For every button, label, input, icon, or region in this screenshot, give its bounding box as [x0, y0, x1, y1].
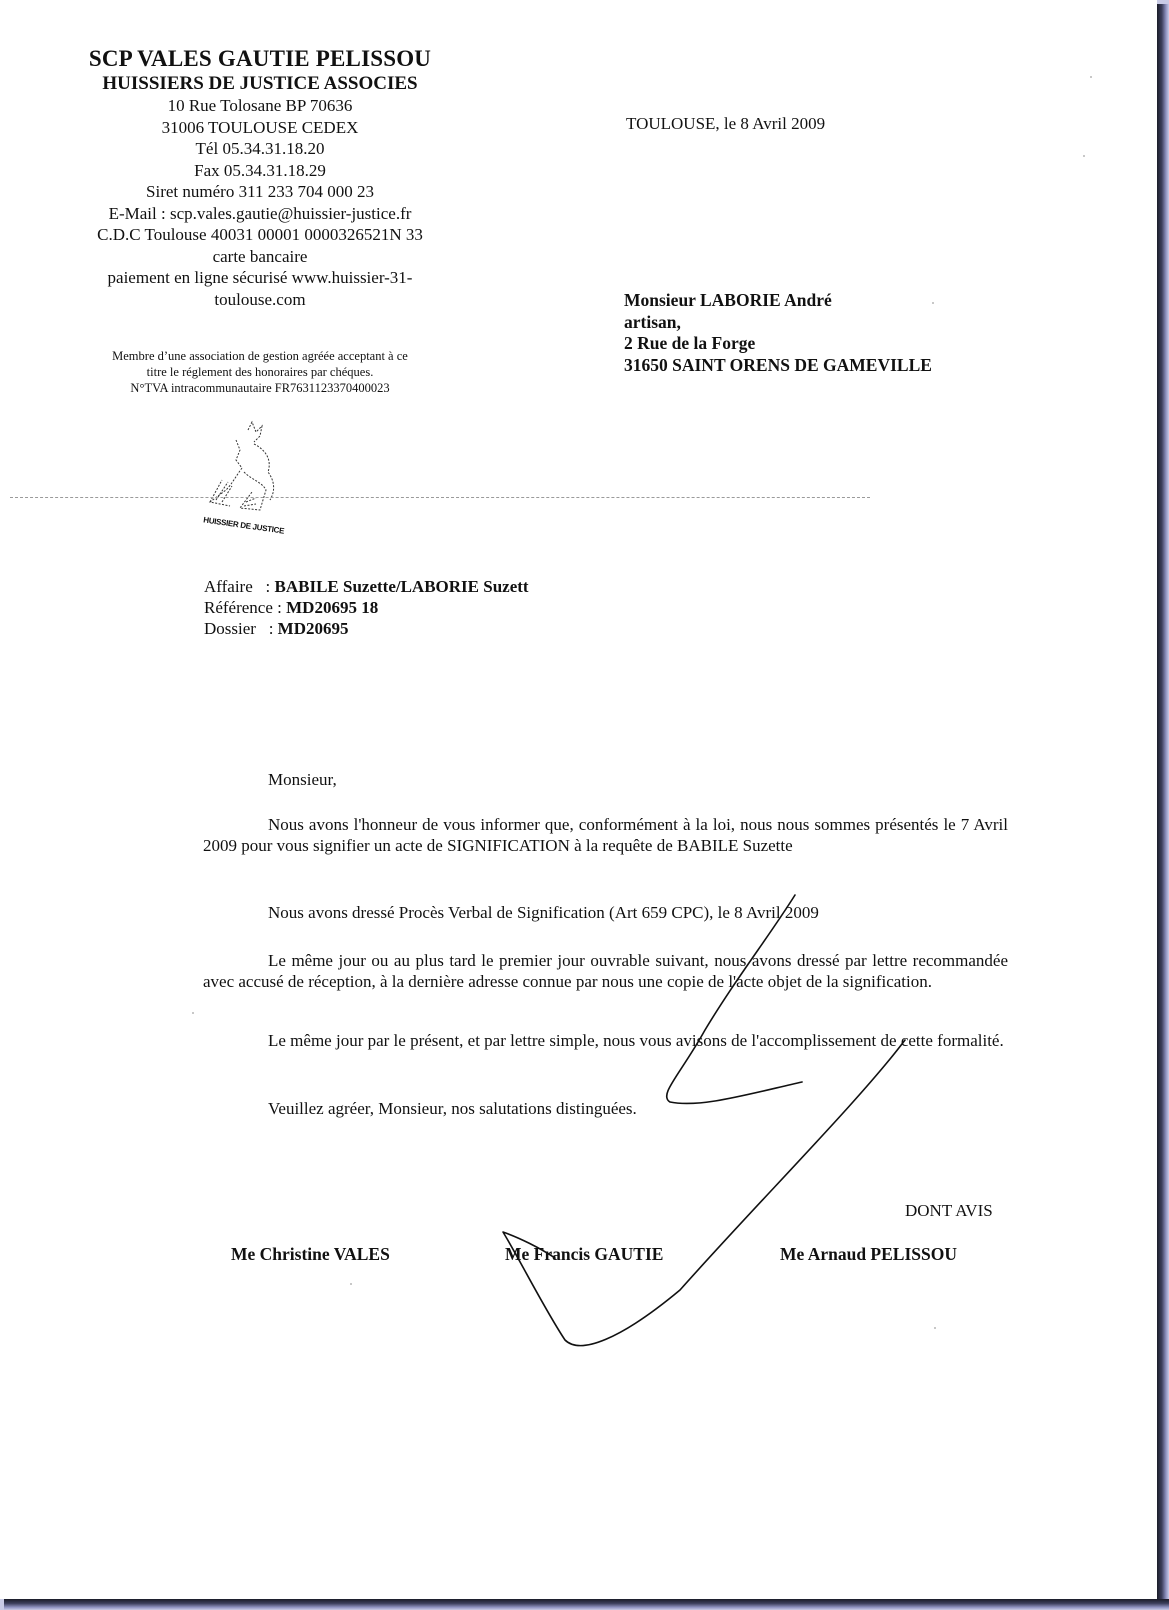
affaire-label: Affaire : [204, 576, 275, 597]
page-shadow-bottom [4, 1599, 1169, 1610]
firm-name: SCP VALES GAUTIE PELISSOU [60, 46, 460, 72]
membership-line: titre le réglement des honoraires par ch… [60, 364, 460, 380]
dossier-value: MD20695 [278, 619, 349, 638]
case-details: Affaire : BABILE Suzette/LABORIE Suzett … [204, 576, 529, 639]
firm-subtitle: HUISSIERS DE JUSTICE ASSOCIES [60, 72, 460, 95]
case-reference-row: Référence : MD20695 18 [204, 597, 529, 618]
recipient-city: 31650 SAINT ORENS DE GAMEVILLE [624, 355, 932, 377]
recipient-address: Monsieur LABORIE André artisan, 2 Rue de… [624, 290, 932, 376]
dossier-label: Dossier : [204, 618, 278, 639]
page-shadow-right [1157, 4, 1169, 1610]
closing-formula: Veuillez agréer, Monsieur, nos salutatio… [203, 1098, 1008, 1119]
firm-email: E-Mail : scp.vales.gautie@huissier-justi… [60, 203, 460, 225]
recipient-profession: artisan, [624, 312, 932, 334]
firm-city-line: 31006 TOULOUSE CEDEX [60, 117, 460, 139]
case-dossier-row: Dossier : MD20695 [204, 618, 529, 639]
firm-fax: Fax 05.34.31.18.29 [60, 160, 460, 182]
recipient-name: Monsieur LABORIE André [624, 290, 932, 312]
body-paragraph: Nous avons l'honneur de vous informer qu… [203, 814, 1008, 856]
firm-address-line: 10 Rue Tolosane BP 70636 [60, 95, 460, 117]
recipient-street: 2 Rue de la Forge [624, 333, 932, 355]
letter-page: SCP VALES GAUTIE PELISSOU HUISSIERS DE J… [0, 0, 1157, 1599]
affaire-value: BABILE Suzette/LABORIE Suzett [275, 577, 529, 596]
firm-siret: Siret numéro 311 233 704 000 23 [60, 181, 460, 203]
body-paragraph: Le même jour ou au plus tard le premier … [203, 950, 1008, 992]
signatory-gautie: Me Francis GAUTIE [505, 1244, 663, 1265]
body-paragraph: Le même jour par le présent, et par lett… [203, 1030, 1008, 1051]
reference-value: MD20695 18 [286, 598, 378, 617]
firm-phone: Tél 05.34.31.18.20 [60, 138, 460, 160]
body-paragraph: Nous avons dressé Procès Verbal de Signi… [203, 902, 1008, 923]
signatory-pelissou: Me Arnaud PELISSOU [780, 1244, 957, 1265]
firm-card: carte bancaire [60, 246, 460, 268]
letterhead: SCP VALES GAUTIE PELISSOU HUISSIERS DE J… [60, 46, 460, 310]
dont-avis: DONT AVIS [905, 1201, 993, 1221]
vat-number: N°TVA intracommunautaire FR7631123370400… [60, 380, 460, 396]
firm-online-payment: paiement en ligne sécurisé www.huissier-… [60, 267, 460, 289]
reference-label: Référence : [204, 597, 286, 618]
place-date: TOULOUSE, le 8 Avril 2009 [626, 114, 825, 134]
divider-line [10, 497, 870, 498]
signatory-vales: Me Christine VALES [231, 1244, 390, 1265]
membership-line: Membre d’une association de gestion agré… [60, 348, 460, 364]
membership-note: Membre d’une association de gestion agré… [60, 348, 460, 396]
salutation: Monsieur, [268, 770, 337, 790]
case-affaire-row: Affaire : BABILE Suzette/LABORIE Suzett [204, 576, 529, 597]
firm-bank: C.D.C Toulouse 40031 00001 0000326521N 3… [60, 224, 460, 246]
firm-online-payment-cont: toulouse.com [60, 289, 460, 311]
